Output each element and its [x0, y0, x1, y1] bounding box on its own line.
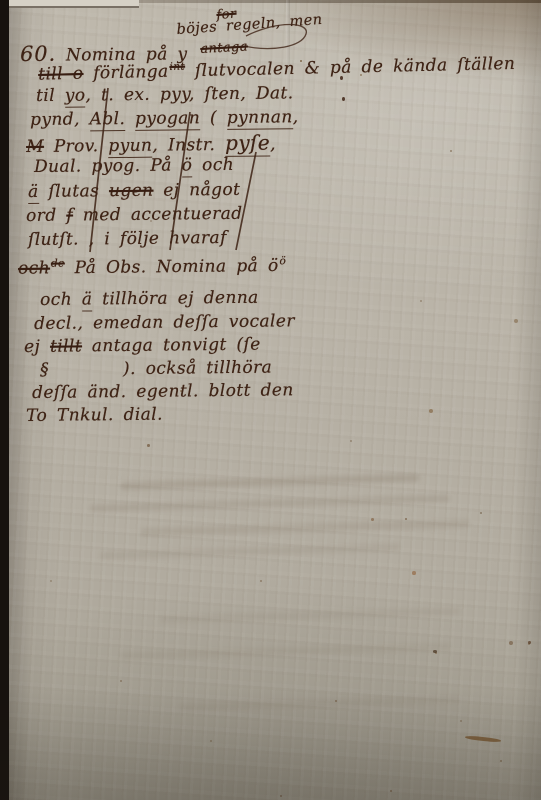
manuscript-word: förlänga [83, 62, 169, 84]
manuscript-line-17: deſſa änd. egentl. blott den [32, 380, 294, 403]
manuscript-word: ä [82, 289, 93, 311]
manuscript-word: ä [28, 182, 39, 204]
manuscript-word: pyſe [225, 130, 270, 156]
ink-dot [342, 97, 345, 101]
manuscript-word: ord [26, 206, 66, 226]
manuscript-line-12: ochde På Obs. Nomina på öö [18, 255, 286, 278]
manuscript-word: pynnan [227, 107, 293, 130]
manuscript-word: till o [38, 64, 84, 85]
manuscript-word: ſlutvocalen & på de kända ſtällen [185, 54, 515, 81]
manuscript-line-5: til yo, t. ex. pyy, ſten, Dat. [36, 83, 294, 106]
manuscript-word: , Instr. [152, 135, 225, 156]
manuscript-word: och [192, 155, 234, 175]
manuscript-line-13: och ä tillhöra ej denna [40, 288, 259, 310]
manuscript-word: tillhöra ej denna [92, 288, 259, 310]
manuscript-word: , t. ex. pyy, ſten, Dat. [85, 83, 293, 105]
manuscript-word: int [169, 61, 185, 73]
manuscript-line-14: decl., emedan deſſa vocaler [34, 311, 295, 334]
manuscript-word: ej [24, 337, 50, 357]
manuscript-word: ej något [153, 180, 240, 201]
manuscript-word: Dual. pyog. På [34, 155, 182, 177]
ink-dot [340, 76, 343, 80]
manuscript-word: yo [65, 85, 86, 107]
manuscript-word: ugen [109, 181, 154, 201]
manuscript-word: böjes regeln, men [176, 12, 323, 38]
manuscript-word: också tillhöra [136, 358, 273, 379]
manuscript-word: ö [279, 255, 286, 267]
manuscript-word: med accentuerad [73, 204, 243, 226]
manuscript-word: Abl. [90, 109, 126, 131]
manuscript-word: pyun [108, 136, 152, 158]
handwriting-layer: forböjes regeln, menantaga60. Nomina på … [0, 0, 541, 800]
manuscript-word: pyogan [135, 108, 200, 131]
manuscript-word: M [26, 137, 44, 157]
manuscript-word: ö [182, 155, 193, 177]
manuscript-word: § [40, 360, 49, 380]
manuscript-line-11: ſlutſt. , i följe hvaraf [28, 228, 227, 250]
manuscript-word [125, 109, 135, 129]
manuscript-word: 60. [20, 42, 56, 66]
interline-insertion-regeln: böjes regeln, men [176, 12, 323, 38]
interline-insertion-antaga: antaga [200, 40, 248, 57]
manuscript-word: , [293, 107, 299, 127]
manuscript-word: ( [200, 108, 227, 128]
deletion-stroke [236, 152, 256, 250]
manuscript-line-10: ord f med accentuerad [26, 204, 243, 226]
manuscript-photo: forböjes regeln, menantaga60. Nomina på … [0, 0, 541, 800]
manuscript-word: och [18, 258, 50, 278]
manuscript-word: pynd, [30, 109, 90, 130]
manuscript-word: To Tnkul. dial. [26, 405, 163, 426]
manuscript-word: deſſa änd. egentl. blott den [32, 380, 294, 403]
manuscript-word: antaga [200, 40, 248, 57]
manuscript-line-18: To Tnkul. dial. [26, 405, 163, 426]
manuscript-line-16: §). också tillhöra [40, 358, 272, 380]
manuscript-line-15: ej tillt antaga tonvigt (ſe [24, 335, 261, 357]
manuscript-word: de [51, 258, 65, 270]
manuscript-word: ſlutas [39, 181, 110, 202]
manuscript-line-6: pynd, Abl. pyogan ( pynnan, [30, 107, 299, 130]
manuscript-line-8: Dual. pyog. På ö och [34, 155, 234, 177]
manuscript-word: decl., emedan deſſa vocaler [34, 311, 295, 334]
manuscript-line-9: ä ſlutas ugen ej något [28, 180, 240, 202]
manuscript-word: På Obs. Nomina på ö [65, 256, 279, 278]
manuscript-word: , [270, 134, 276, 154]
manuscript-word: ). [123, 359, 136, 379]
manuscript-word: til [36, 86, 65, 106]
manuscript-word: ſlutſt. , i följe hvaraf [28, 228, 227, 250]
manuscript-word: och [40, 290, 82, 310]
manuscript-word: Prov. [44, 136, 109, 157]
manuscript-word: tillt [50, 336, 82, 356]
manuscript-line-7: M Prov. pyun, Instr. pyſe, [26, 130, 276, 157]
manuscript-word: antaga tonvigt (ſe [82, 335, 261, 357]
